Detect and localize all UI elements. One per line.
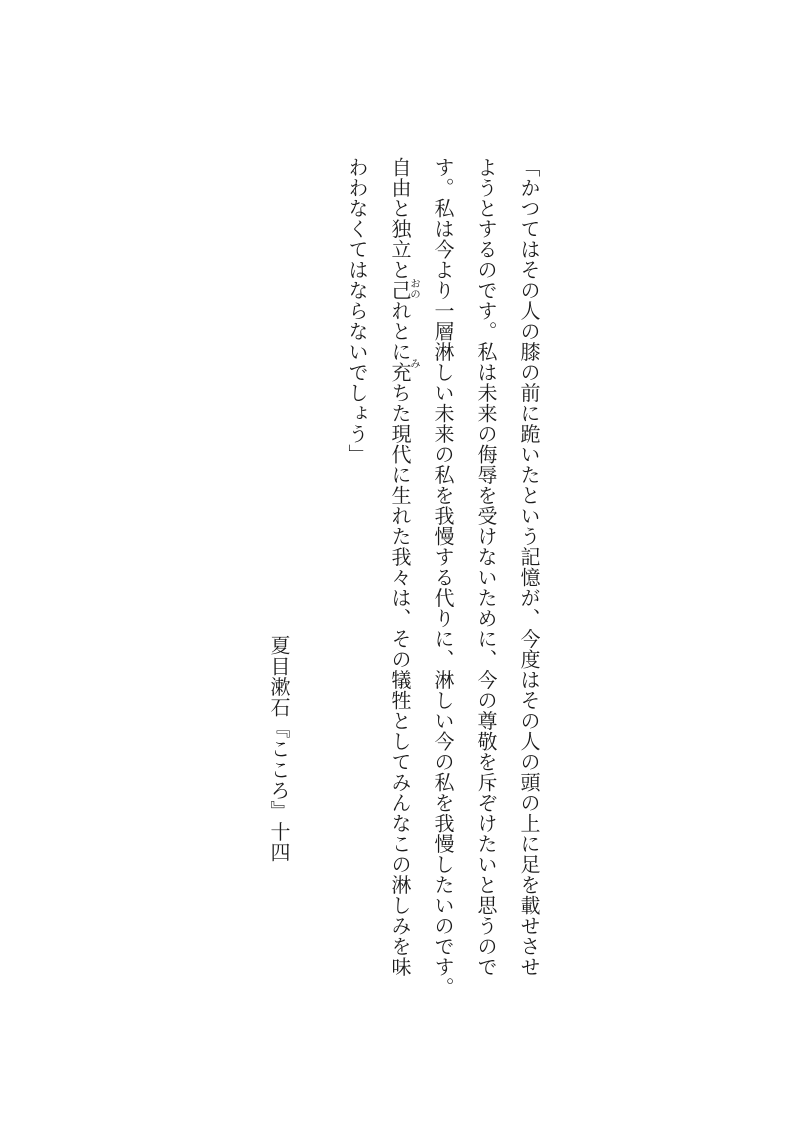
quote-column-5: わわなくてはならないでしょう」: [334, 157, 377, 1015]
quote-block: 「かつてはその人の膝の前に跪いたという記憶が、今度はその人の頭の上に足を載せさせ…: [334, 157, 549, 1015]
quote-column-1: 「かつてはその人の膝の前に跪いたという記憶が、今度はその人の頭の上に足を載せさせ: [506, 157, 549, 1015]
furigana-onore: おの: [408, 278, 420, 299]
attribution-line: 夏目漱石『こころ』十四: [266, 635, 290, 863]
attribution-author: 夏目漱石: [267, 635, 289, 718]
quote-column-3: す。私は今より一層淋しい未来の私を我慢する代りに、淋しい今の私を我慢したいのです…: [420, 157, 463, 1015]
quote-column-2: ようとするのです。私は未来の侮辱を受けないために、今の尊敬を斥ぞけたいと思うので: [463, 157, 506, 1015]
document-page: 「かつてはその人の膝の前に跪いたという記憶が、今度はその人の頭の上に足を載せさせ…: [0, 0, 799, 1127]
attribution-work-title: 『こころ』: [267, 718, 289, 822]
furigana-michita: み: [408, 358, 420, 369]
attribution-section-number: 十四: [267, 821, 289, 862]
